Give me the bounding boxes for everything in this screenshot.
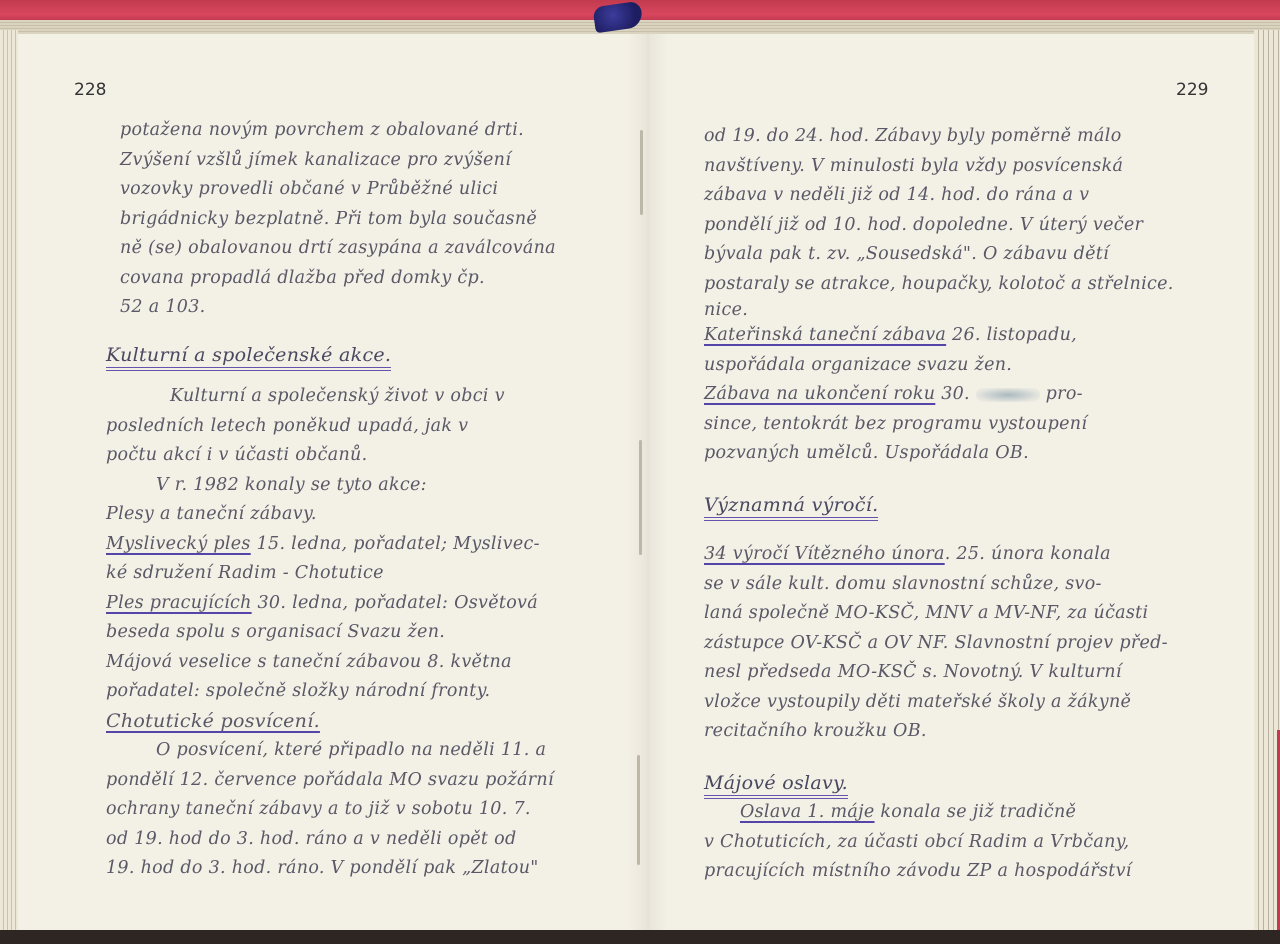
- event-entry: Oslava 1. máje konala se již tradičně: [690, 798, 1170, 828]
- section-heading: Významná výročí.: [704, 494, 878, 521]
- text-line: laná společně MO-KSČ, MNV a MV-NF, za úč…: [690, 599, 1170, 629]
- text-line: uspořádala organizace svazu žen.: [690, 351, 1170, 381]
- text-line: nice.: [690, 299, 1170, 321]
- text-line: nesl předseda MO-KSČ s. Novotný. V kultu…: [690, 658, 1170, 688]
- text-line: since, tentokrát bez programu vystoupení: [690, 410, 1170, 440]
- section-heading: Májové oslavy.: [704, 772, 848, 799]
- text-line: Kulturní a společenský život v obci v: [120, 382, 600, 412]
- text-line: Májová veselice s taneční zábavou 8. kvě…: [106, 648, 600, 678]
- event-entry: 34 výročí Vítězného února. 25. února kon…: [690, 540, 1170, 570]
- event-title: Myslivecký ples: [106, 534, 251, 554]
- handwritten-text: potažena novým povrchem z obalované drti…: [120, 116, 600, 884]
- text-line: navštíveny. V minulosti byla vždy posvíc…: [690, 152, 1170, 182]
- text-line: postaraly se atrakce, houpačky, kolotoč …: [690, 270, 1170, 300]
- text-line: Plesy a taneční zábavy.: [106, 500, 600, 530]
- page-stack-right: [1254, 30, 1280, 930]
- binding-stitch: [637, 755, 640, 865]
- event-title: Kateřinská taneční zábava: [704, 325, 946, 345]
- event-title: Oslava 1. máje: [740, 802, 875, 822]
- text-line: počtu akcí i v účasti občanů.: [106, 441, 600, 471]
- text-line: pondělí již od 10. hod. dopoledne. V úte…: [690, 211, 1170, 241]
- text-line: covana propadlá dlažba před domky čp.: [120, 264, 600, 294]
- page-stack-top: [0, 20, 1280, 34]
- page-number: 228: [74, 80, 106, 100]
- text-line: recitačního kroužku OB.: [690, 717, 1170, 747]
- text-line: potažena novým povrchem z obalované drti…: [120, 116, 600, 146]
- text-line: zástupce OV-KSČ a OV NF. Slavnostní proj…: [690, 629, 1170, 659]
- text-line: ochrany taneční zábavy a to již v sobotu…: [106, 795, 600, 825]
- left-page: 228 potažena novým povrchem z obalované …: [18, 34, 628, 930]
- event-entry: Zábava na ukončení roku 30. pro-: [690, 380, 1170, 410]
- page-stack-left: [0, 30, 18, 930]
- text-line: Zvýšení vzšlů jímek kanalizace pro zvýše…: [120, 146, 600, 176]
- text-line: zábava v neděli již od 14. hod. do rána …: [690, 181, 1170, 211]
- text-line: ké sdružení Radim - Chotutice: [106, 559, 600, 589]
- text-line: beseda spolu s organisací Svazu žen.: [106, 618, 600, 648]
- text-line: v Chotuticích, za účasti obcí Radim a Vr…: [690, 828, 1170, 858]
- binding-stitch: [639, 440, 642, 555]
- book-cover-bottom-edge: [0, 930, 1280, 944]
- binding-stitch: [640, 130, 643, 215]
- text-line: se v sále kult. domu slavnostní schůze, …: [690, 570, 1170, 600]
- text-line: O posvícení, které připadlo na neděli 11…: [120, 736, 600, 766]
- text-line: V r. 1982 konaly se tyto akce:: [120, 471, 600, 501]
- text-line: posledních letech poněkud upadá, jak v: [106, 412, 600, 442]
- book-gutter: [628, 34, 668, 930]
- event-title: Ples pracujících: [106, 593, 252, 613]
- text-line: od 19. hod do 3. hod. ráno a v neděli op…: [106, 825, 600, 855]
- text-line: vložce vystoupily děti mateřské školy a …: [690, 688, 1170, 718]
- text-line: vozovky provedli občané v Průběžné ulici: [120, 175, 600, 205]
- text-line: od 19. do 24. hod. Zábavy byly poměrně m…: [690, 122, 1170, 152]
- text-line: ně (se) obalovanou drtí zasypána a zavál…: [120, 234, 600, 264]
- section-heading: Kulturní a společenské akce.: [106, 344, 391, 371]
- ink-smudge: [976, 388, 1040, 402]
- text-line: pracujících místního závodu ZP a hospodá…: [690, 857, 1170, 887]
- handwritten-text: od 19. do 24. hod. Zábavy byly poměrně m…: [690, 122, 1170, 887]
- page-number: 229: [1176, 80, 1208, 100]
- text-line: 52 a 103.: [120, 293, 600, 323]
- text-line: brigádnicky bezplatně. Při tom byla souč…: [120, 205, 600, 235]
- text-line: 19. hod do 3. hod. ráno. V pondělí pak „…: [106, 854, 600, 884]
- event-entry: Kateřinská taneční zábava 26. listopadu,: [690, 321, 1170, 351]
- subsection-heading: Chotutické posvícení.: [106, 710, 320, 732]
- text-line: pozvaných umělců. Uspořádala OB.: [690, 439, 1170, 469]
- text-line: pořadatel: společně složky národní front…: [106, 677, 600, 707]
- event-title: 34 výročí Vítězného února: [704, 544, 945, 564]
- text-line: bývala pak t. zv. „Sousedská". O zábavu …: [690, 240, 1170, 270]
- event-title: Zábava na ukončení roku: [704, 384, 935, 404]
- event-entry: Ples pracujících 30. ledna, pořadatel: O…: [106, 589, 600, 619]
- text-line: pondělí 12. července pořádala MO svazu p…: [106, 766, 600, 796]
- event-entry: Myslivecký ples 15. ledna, pořadatel; My…: [106, 530, 600, 560]
- right-page: 229 od 19. do 24. hod. Zábavy byly poměr…: [668, 34, 1254, 930]
